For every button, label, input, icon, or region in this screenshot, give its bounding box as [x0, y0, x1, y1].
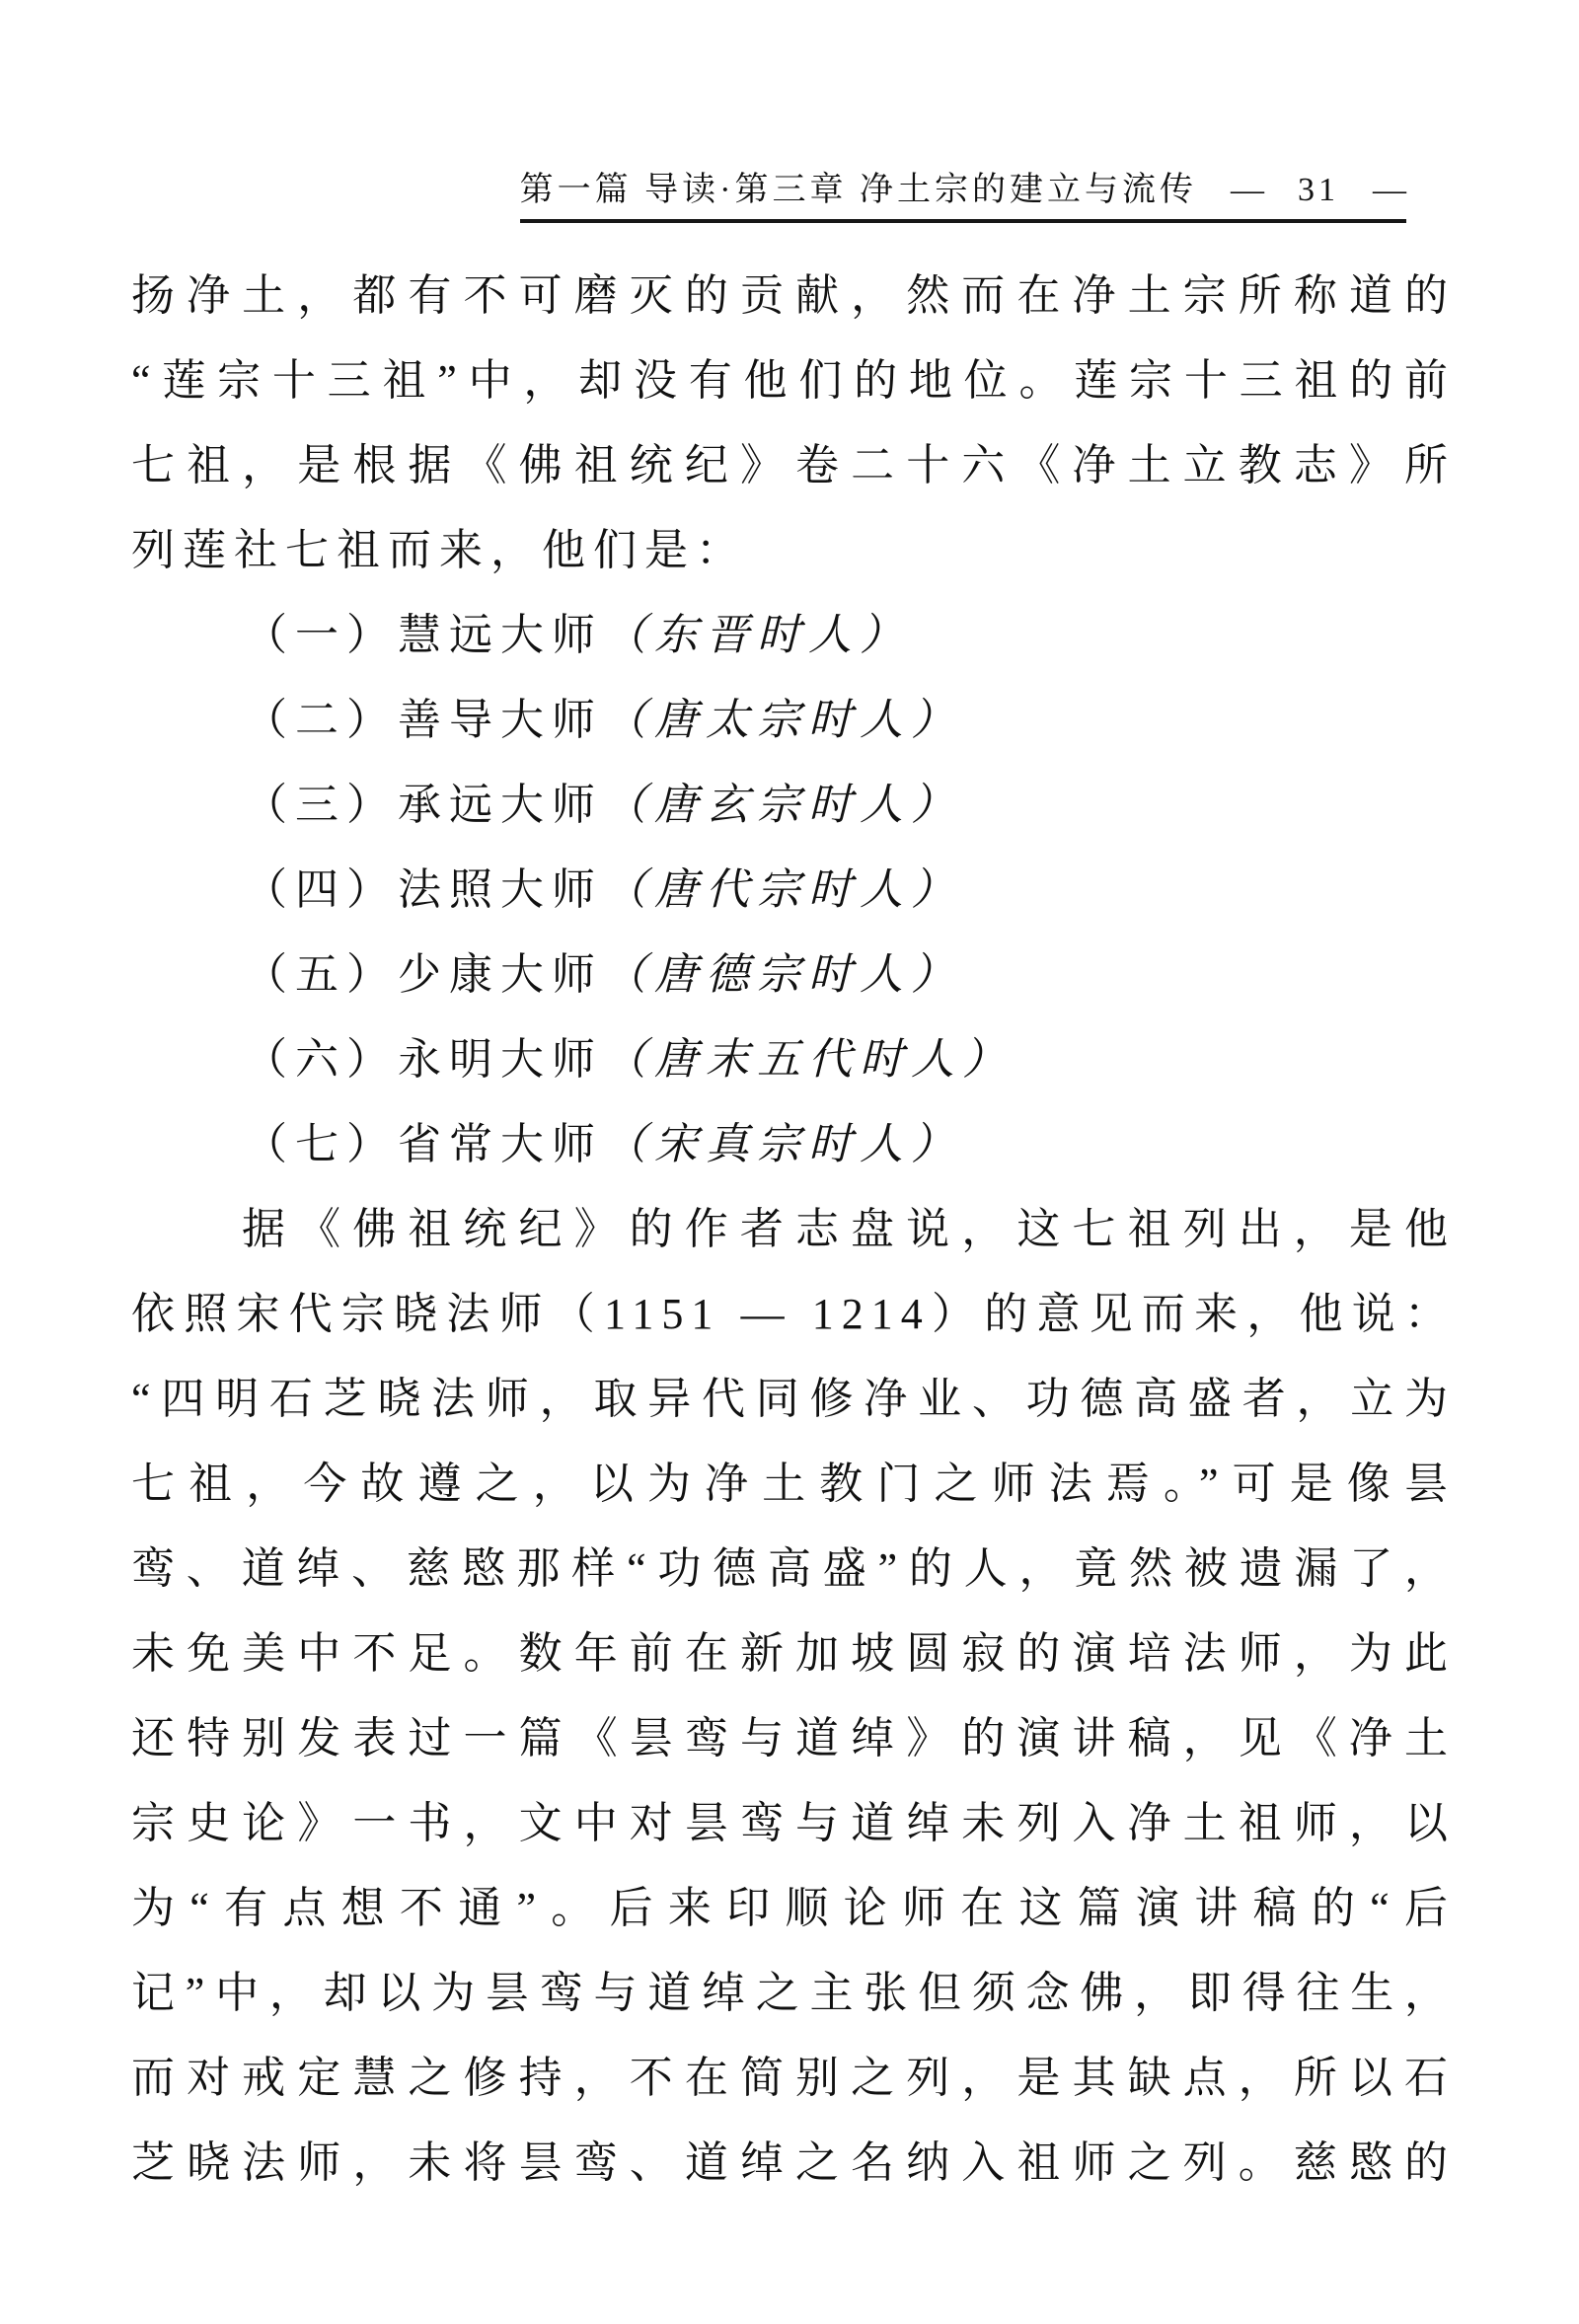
patriarch-label: （七）省常大师	[244, 1120, 603, 1168]
page-number: 31	[1298, 172, 1339, 209]
text-line: 列莲社七祖而来，他们是：	[131, 508, 1456, 593]
body-text: 扬净土，都有不可磨灭的贡献，然而在净土宗所称道的 “莲宗十三祖”中，却没有他们的…	[131, 254, 1456, 2206]
text-line: 七祖，今故遵之，以为净土教门之师法焉。”可是像昙	[131, 1442, 1456, 1527]
list-item: （三）承远大师（唐玄宗时人）	[131, 763, 1456, 848]
chapter-title: 第一篇 导读·第三章 净土宗的建立与流传	[520, 162, 1197, 210]
text-line: 宗史论》一书，文中对昙鸾与道绰未列入净土祖师，以	[131, 1781, 1456, 1866]
text-line: 七祖，是根据《佛祖统纪》卷二十六《净土立教志》所	[131, 423, 1456, 508]
list-item: （六）永明大师（唐末五代时人）	[131, 1017, 1456, 1102]
text-line: 扬净土，都有不可磨灭的贡献，然而在净土宗所称道的	[131, 254, 1456, 338]
patriarch-label: （六）永明大师	[244, 1035, 603, 1084]
patriarch-era: （唐玄宗时人）	[603, 781, 962, 829]
text-line: 据《佛祖统纪》的作者志盘说，这七祖列出，是他	[131, 1187, 1456, 1272]
text-line: “莲宗十三祖”中，却没有他们的地位。莲宗十三祖的前	[131, 338, 1456, 423]
text-line: 为“有点想不通”。后来印顺论师在这篇演讲稿的“后	[131, 1866, 1456, 1951]
list-item: （四）法照大师（唐代宗时人）	[131, 848, 1456, 933]
header-dash-left: —	[1231, 172, 1264, 209]
text-line: 而对戒定慧之修持，不在简别之列，是其缺点，所以石	[131, 2036, 1456, 2121]
running-header: 第一篇 导读·第三章 净土宗的建立与流传 — 31 —	[520, 162, 1406, 223]
patriarch-era: （东晋时人）	[603, 611, 911, 659]
patriarch-era: （唐代宗时人）	[603, 865, 962, 914]
patriarch-label: （二）善导大师	[244, 696, 603, 744]
text-line: 未免美中不足。数年前在新加坡圆寂的演培法师，为此	[131, 1612, 1456, 1696]
book-page: 第一篇 导读·第三章 净土宗的建立与流传 — 31 — 扬净土，都有不可磨灭的贡…	[0, 0, 1579, 2324]
list-item: （一）慧远大师（东晋时人）	[131, 593, 1456, 678]
text-line: 鸾、道绰、慈愍那样“功德高盛”的人，竟然被遗漏了，	[131, 1527, 1456, 1612]
list-item: （五）少康大师（唐德宗时人）	[131, 933, 1456, 1017]
patriarch-label: （三）承远大师	[244, 781, 603, 829]
patriarch-era: （唐末五代时人）	[603, 1035, 1014, 1084]
patriarch-era: （唐德宗时人）	[603, 950, 962, 999]
patriarch-era: （唐太宗时人）	[603, 696, 962, 744]
text-line: 记”中，却以为昙鸾与道绰之主张但须念佛，即得往生，	[131, 1951, 1456, 2036]
header-dash-right: —	[1373, 172, 1406, 209]
list-item: （二）善导大师（唐太宗时人）	[131, 678, 1456, 763]
text-line: 还特别发表过一篇《昙鸾与道绰》的演讲稿，见《净土	[131, 1696, 1456, 1781]
text-line: 依照宋代宗晓法师（1151 — 1214）的意见而来，他说：	[131, 1272, 1456, 1357]
patriarch-label: （一）慧远大师	[244, 611, 603, 659]
patriarch-label: （四）法照大师	[244, 865, 603, 914]
text-line: “四明石芝晓法师，取异代同修净业、功德高盛者，立为	[131, 1357, 1456, 1442]
patriarch-era: （宋真宗时人）	[603, 1120, 962, 1168]
patriarch-label: （五）少康大师	[244, 950, 603, 999]
list-item: （七）省常大师（宋真宗时人）	[131, 1102, 1456, 1187]
text-line: 芝晓法师，未将昙鸾、道绰之名纳入祖师之列。慈愍的	[131, 2121, 1456, 2206]
